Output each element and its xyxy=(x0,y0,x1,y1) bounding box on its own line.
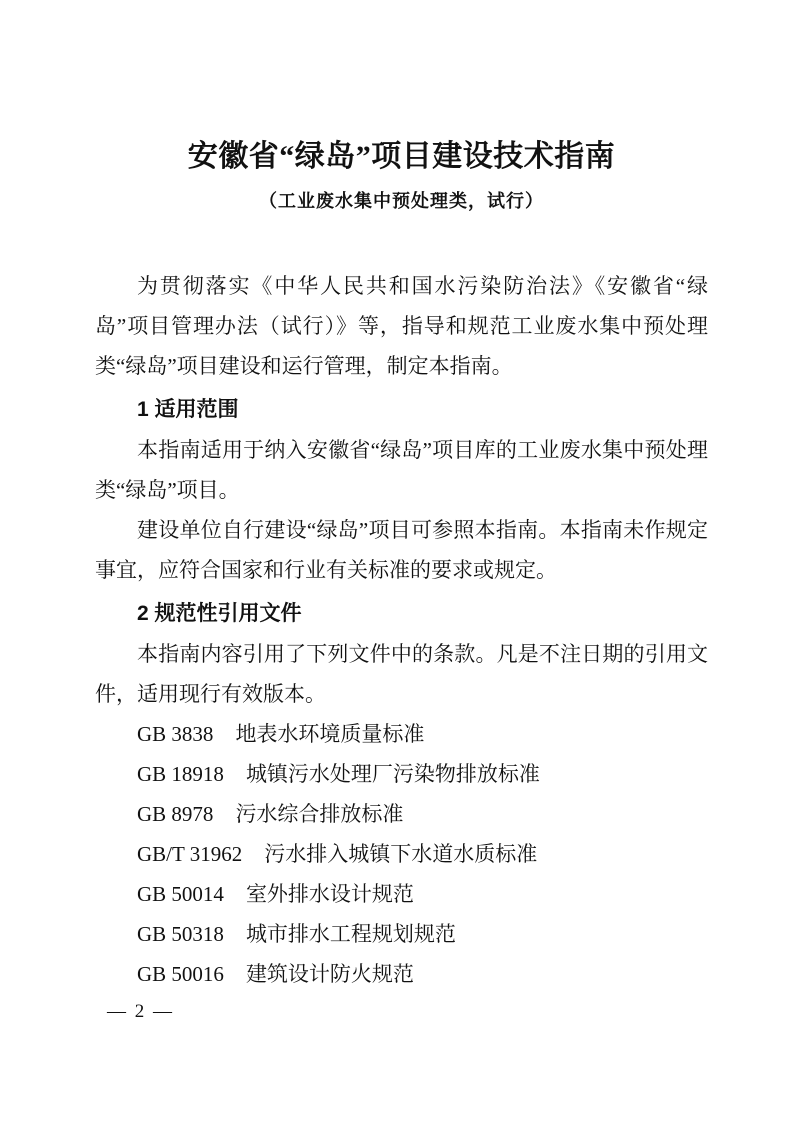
page-number: — 2 — xyxy=(107,1000,174,1024)
reference-item: GB 8978污水综合排放标准 xyxy=(95,794,708,834)
reference-code: GB 50318 xyxy=(137,922,224,946)
reference-code: GB 18918 xyxy=(137,762,224,786)
reference-code: GB/T 31962 xyxy=(137,842,242,866)
reference-item: GB 3838地表水环境质量标准 xyxy=(95,714,708,754)
scope-paragraph-2: 建设单位自行建设“绿岛”项目可参照本指南。本指南未作规定事宜，应符合国家和行业有… xyxy=(95,510,708,590)
document-subtitle: （工业废水集中预处理类，试行） xyxy=(95,189,708,213)
reference-code: GB 8978 xyxy=(137,802,213,826)
document-content: 安徽省“绿岛”项目建设技术指南 （工业废水集中预处理类，试行） 为贯彻落实《中华… xyxy=(95,138,708,994)
reference-name: 建筑设计防火规范 xyxy=(246,962,414,986)
reference-item: GB 50014室外排水设计规范 xyxy=(95,874,708,914)
references-paragraph: 本指南内容引用了下列文件中的条款。凡是不注日期的引用文件，适用现行有效版本。 xyxy=(95,634,708,714)
reference-item: GB 18918城镇污水处理厂污染物排放标准 xyxy=(95,754,708,794)
document-page: 安徽省“绿岛”项目建设技术指南 （工业废水集中预处理类，试行） 为贯彻落实《中华… xyxy=(0,0,794,1122)
section-heading-scope: 1 适用范围 xyxy=(95,390,708,430)
reference-code: GB 50016 xyxy=(137,962,224,986)
reference-name: 城镇污水处理厂污染物排放标准 xyxy=(246,762,540,786)
section-heading-references: 2 规范性引用文件 xyxy=(95,594,708,634)
scope-paragraph-1: 本指南适用于纳入安徽省“绿岛”项目库的工业废水集中预处理类“绿岛”项目。 xyxy=(95,430,708,510)
reference-list: GB 3838地表水环境质量标准 GB 18918城镇污水处理厂污染物排放标准 … xyxy=(95,714,708,994)
reference-item: GB 50016建筑设计防火规范 xyxy=(95,954,708,994)
reference-name: 室外排水设计规范 xyxy=(246,882,414,906)
reference-name: 污水排入城镇下水道水质标准 xyxy=(264,842,537,866)
document-body: 为贯彻落实《中华人民共和国水污染防治法》《安徽省“绿岛”项目管理办法（试行）》等… xyxy=(95,266,708,994)
intro-paragraph: 为贯彻落实《中华人民共和国水污染防治法》《安徽省“绿岛”项目管理办法（试行）》等… xyxy=(95,266,708,386)
reference-code: GB 3838 xyxy=(137,722,213,746)
reference-item: GB 50318城市排水工程规划规范 xyxy=(95,914,708,954)
reference-name: 城市排水工程规划规范 xyxy=(246,922,456,946)
reference-item: GB/T 31962污水排入城镇下水道水质标准 xyxy=(95,834,708,874)
reference-name: 地表水环境质量标准 xyxy=(235,722,424,746)
reference-name: 污水综合排放标准 xyxy=(235,802,403,826)
reference-code: GB 50014 xyxy=(137,882,224,906)
document-title: 安徽省“绿岛”项目建设技术指南 xyxy=(95,138,708,176)
